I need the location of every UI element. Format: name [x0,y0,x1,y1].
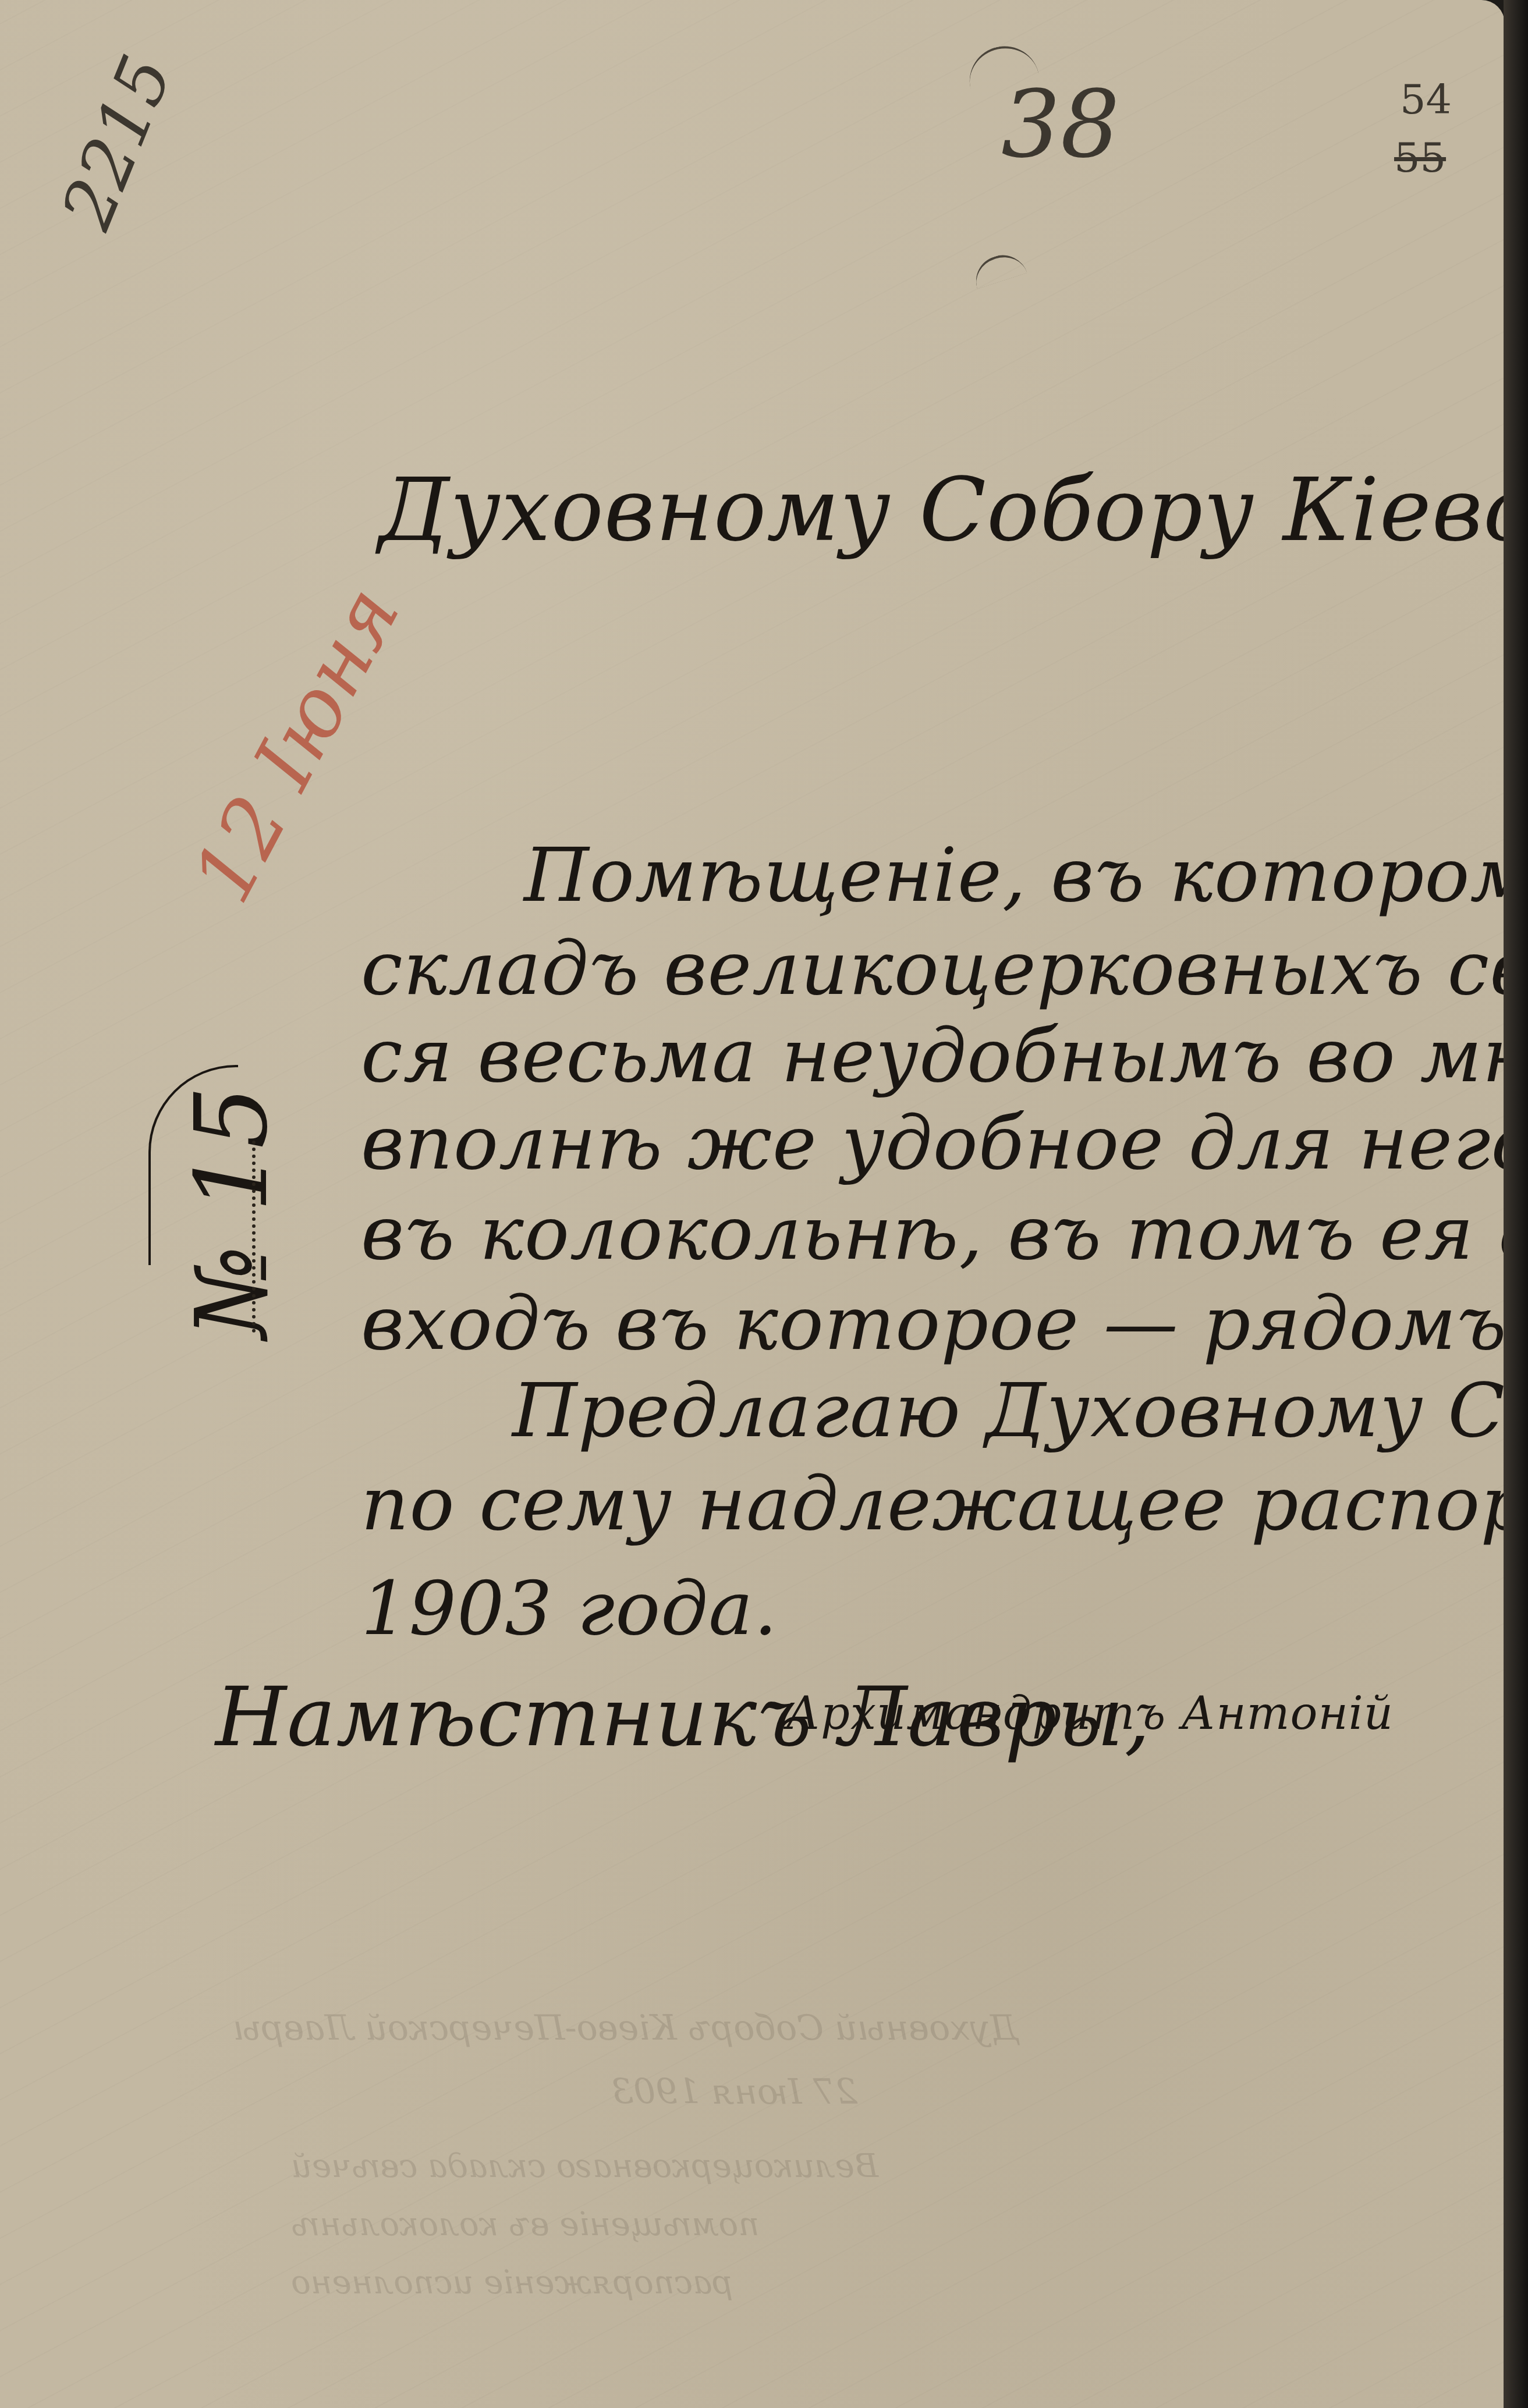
bleed-through-text: распоряженіе исполнено [291,2264,733,2302]
page-number-crossed: 55 [1394,134,1446,182]
body-line: въ колокольнѣ, въ томъ ея отдѣленіи, нар… [361,1190,1528,1277]
body-line: Помѣщеніе, въ которомъ находится [524,832,1528,919]
archive-number: 2215 [47,45,188,240]
body-line: Предлагаю Духовному Собору сдѣлать [512,1368,1528,1454]
page-number-current: 54 [1400,76,1452,123]
folio-stamp-arc-bottom [969,248,1027,289]
page-edge-shadow [1504,0,1528,2408]
red-pencil-date-note: 12 Іюня [175,571,419,917]
body-line-date: 1903 года. [361,1565,778,1652]
body-line: ся весьма неудобнымъ во многихъ отношені… [361,1013,1528,1099]
document-page: 2215 38 54 55 Духовному Собору Кіево-Печ… [0,0,1505,2408]
bleed-through-text: Духовный Соборъ Кіево-Печерской Лавры [233,2008,1019,2048]
registry-number-underline [252,1141,256,1333]
body-line: вполнѣ же удобное для него будетъ помѣще… [361,1100,1528,1187]
signature-name: Архимандритъ Антоній [786,1688,1394,1740]
body-line: складъ великоцерковныхъ свѣчей, оказывае… [361,925,1528,1012]
body-line: входъ въ которое — рядомъ со входомъ въ … [361,1280,1528,1367]
body-line: по сему надлежащее распоряженіе. — 20 Ію… [361,1461,1528,1547]
bleed-through-text: 27 Іюня 1903 [611,2072,857,2112]
bleed-through-text: Великоцерковнаго склада свѣчей [291,2147,878,2185]
addressee-heading: Духовному Собору Кіево-Печерской Лавры. [378,460,1528,561]
bleed-through-text: помѣщеніе въ колокольнѣ [291,2205,759,2243]
registry-number: № 15 [175,1085,290,1338]
folio-stamp: 38 [1001,70,1120,179]
